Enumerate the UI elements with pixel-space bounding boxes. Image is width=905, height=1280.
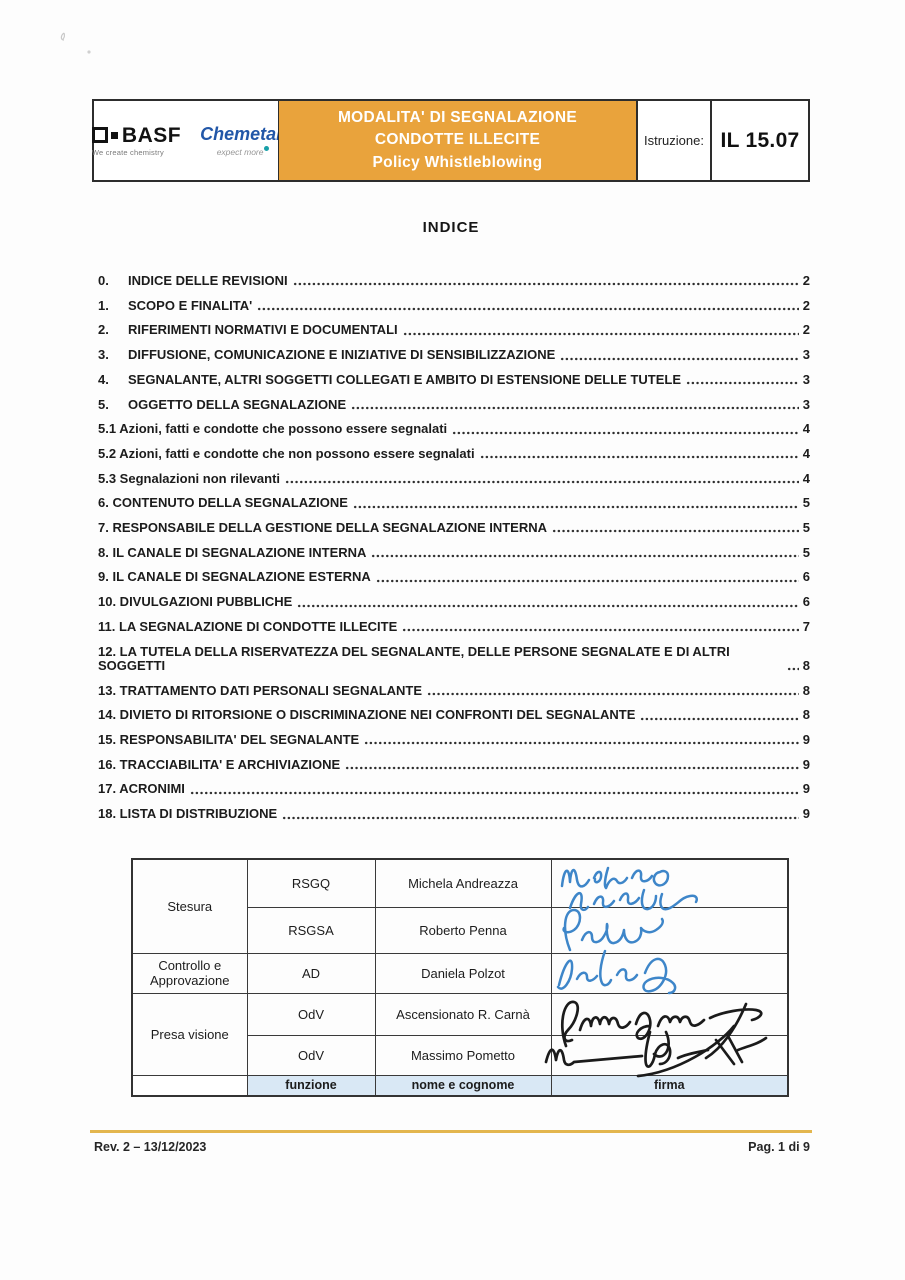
toc-entry-page: 2 <box>801 274 810 288</box>
nome-cell: Roberto Penna <box>375 907 551 953</box>
toc-entry: 5.2 Azioni, fatti e condotte che non pos… <box>98 447 810 461</box>
toc-entry-title: 18. LISTA DI DISTRIBUZIONE <box>98 807 277 821</box>
toc-entry-page: 2 <box>801 323 810 337</box>
basf-filled-square-icon <box>111 132 118 139</box>
basf-tagline: We create chemistry <box>92 148 164 157</box>
signature-cell <box>551 993 788 1035</box>
toc-entry-page: 9 <box>801 758 810 772</box>
toc-entry-page: 9 <box>801 782 810 796</box>
toc-entry: 3.DIFFUSIONE, COMUNICAZIONE E INIZIATIVE… <box>98 348 810 362</box>
toc-entry: 5.1 Azioni, fatti e condotte che possono… <box>98 422 810 436</box>
nome-cell: Michela Andreazza <box>375 859 551 907</box>
toc-entry-title: 9. IL CANALE DI SEGNALAZIONE ESTERNA <box>98 570 371 584</box>
table-of-contents: 0.INDICE DELLE REVISIONI2 1.SCOPO E FINA… <box>98 274 810 832</box>
toc-entry-page: 5 <box>801 496 810 510</box>
scanned-document-page: BASF We create chemistry Chemetall expec… <box>0 0 905 1280</box>
toc-entry-title: 5.1 Azioni, fatti e condotte che possono… <box>98 422 447 436</box>
toc-entry-number: 4. <box>98 373 128 387</box>
signature-cell <box>551 907 788 953</box>
revision-label: Rev. 2 – 13/12/2023 <box>94 1140 206 1154</box>
nome-cell: Massimo Pometto <box>375 1035 551 1075</box>
toc-leader-dots <box>640 716 799 722</box>
toc-entry-title: 14. DIVIETO DI RITORSIONE O DISCRIMINAZI… <box>98 708 635 722</box>
toc-entry: 14. DIVIETO DI RITORSIONE O DISCRIMINAZI… <box>98 708 810 722</box>
toc-leader-dots <box>480 454 799 460</box>
toc-leader-dots <box>282 815 799 821</box>
role-cell: Stesura <box>132 859 247 953</box>
toc-entry: 5.OGGETTO DELLA SEGNALAZIONE3 <box>98 398 810 412</box>
toc-leader-dots <box>427 691 799 697</box>
toc-entry: 4.SEGNALANTE, ALTRI SOGGETTI COLLEGATI E… <box>98 373 810 387</box>
toc-entry-number: 3. <box>98 348 128 362</box>
toc-leader-dots <box>345 765 799 771</box>
toc-entry-title: 5.3 Segnalazioni non rilevanti <box>98 472 280 486</box>
toc-entry: 11. LA SEGNALAZIONE DI CONDOTTE ILLECITE… <box>98 620 810 634</box>
toc-entry-page: 8 <box>801 659 810 673</box>
approval-signature-table: Stesura RSGQ Michela Andreazza RSGSA Rob… <box>131 858 789 1097</box>
toc-entry-title: SEGNALANTE, ALTRI SOGGETTI COLLEGATI E A… <box>128 373 681 387</box>
column-header-funzione: funzione <box>247 1075 375 1096</box>
toc-entry-page: 9 <box>801 807 810 821</box>
footer-divider-line <box>90 1130 812 1133</box>
toc-entry-page: 6 <box>801 570 810 584</box>
funzione-cell: OdV <box>247 1035 375 1075</box>
signature-cell <box>551 859 788 907</box>
toc-entry-title: RIFERIMENTI NORMATIVI E DOCUMENTALI <box>128 323 398 337</box>
toc-leader-dots <box>560 356 799 362</box>
document-header: BASF We create chemistry Chemetall expec… <box>92 99 810 182</box>
toc-entry-title: 5.2 Azioni, fatti e condotte che non pos… <box>98 447 475 461</box>
toc-entry-title: 15. RESPONSABILITA' DEL SEGNALANTE <box>98 733 359 747</box>
toc-entry-title: DIFFUSIONE, COMUNICAZIONE E INIZIATIVE D… <box>128 348 555 362</box>
toc-leader-dots <box>371 553 799 559</box>
toc-leader-dots <box>257 306 799 312</box>
basf-logo: BASF We create chemistry <box>92 125 181 157</box>
toc-entry-title: OGGETTO DELLA SEGNALAZIONE <box>128 398 346 412</box>
chemetall-logo: Chemetall expect more <box>200 125 286 157</box>
toc-entry-page: 4 <box>801 472 810 486</box>
toc-entry-number: 2. <box>98 323 128 337</box>
toc-leader-dots <box>402 627 799 633</box>
toc-entry: 1.SCOPO E FINALITA'2 <box>98 299 810 313</box>
toc-entry-page: 3 <box>801 398 810 412</box>
basf-outline-square-icon <box>92 127 108 143</box>
signature-cell <box>551 1035 788 1075</box>
document-title-line3: Policy Whistleblowing <box>373 152 543 174</box>
document-title-line1: MODALITA' DI SEGNALAZIONE <box>338 107 577 129</box>
toc-leader-dots <box>552 528 799 534</box>
toc-leader-dots <box>297 603 799 609</box>
toc-entry-page: 5 <box>801 521 810 535</box>
nome-cell: Ascensionato R. Carnà <box>375 993 551 1035</box>
toc-entry: 5.3 Segnalazioni non rilevanti4 <box>98 472 810 486</box>
toc-entry: 6. CONTENUTO DELLA SEGNALAZIONE5 <box>98 496 810 510</box>
funzione-cell: AD <box>247 953 375 993</box>
doc-type-label: Istruzione: <box>636 101 710 180</box>
toc-entry: 9. IL CANALE DI SEGNALAZIONE ESTERNA6 <box>98 570 810 584</box>
toc-leader-dots <box>285 479 799 485</box>
funzione-cell: OdV <box>247 993 375 1035</box>
toc-entry: 12. LA TUTELA DELLA RISERVATEZZA DEL SEG… <box>98 645 810 674</box>
toc-entry-page: 4 <box>801 447 810 461</box>
role-cell: Controllo e Approvazione <box>132 953 247 993</box>
column-header-firma: firma <box>551 1075 788 1096</box>
column-header-nome: nome e cognome <box>375 1075 551 1096</box>
toc-leader-dots <box>787 666 799 672</box>
chemetall-tagline: expect more <box>217 146 270 157</box>
toc-entry-title: 6. CONTENUTO DELLA SEGNALAZIONE <box>98 496 348 510</box>
basf-logo-text: BASF <box>122 125 181 146</box>
chemetall-globe-icon <box>264 146 269 151</box>
pencil-scan-mark <box>56 30 96 58</box>
toc-entry: 18. LISTA DI DISTRIBUZIONE9 <box>98 807 810 821</box>
document-title-line2: CONDOTTE ILLECITE <box>375 129 540 151</box>
toc-entry: 15. RESPONSABILITA' DEL SEGNALANTE9 <box>98 733 810 747</box>
toc-entry: 17. ACRONIMI9 <box>98 782 810 796</box>
empty-footer-cell <box>132 1075 247 1096</box>
toc-entry-page: 9 <box>801 733 810 747</box>
toc-entry-page: 8 <box>801 684 810 698</box>
toc-leader-dots <box>353 504 799 510</box>
toc-entry-number: 0. <box>98 274 128 288</box>
toc-entry: 13. TRATTAMENTO DATI PERSONALI SEGNALANT… <box>98 684 810 698</box>
signature-cell <box>551 953 788 993</box>
toc-entry-title: 7. RESPONSABILE DELLA GESTIONE DELLA SEG… <box>98 521 547 535</box>
toc-entry-title: 11. LA SEGNALAZIONE DI CONDOTTE ILLECITE <box>98 620 397 634</box>
toc-entry-page: 2 <box>801 299 810 313</box>
toc-entry-title: INDICE DELLE REVISIONI <box>128 274 288 288</box>
toc-entry: 2.RIFERIMENTI NORMATIVI E DOCUMENTALI2 <box>98 323 810 337</box>
toc-entry: 10. DIVULGAZIONI PUBBLICHE6 <box>98 595 810 609</box>
role-cell: Presa visione <box>132 993 247 1075</box>
toc-leader-dots <box>190 790 799 796</box>
toc-entry-title: SCOPO E FINALITA' <box>128 299 252 313</box>
toc-entry: 16. TRACCIABILITA' E ARCHIVIAZIONE9 <box>98 758 810 772</box>
toc-entry-title: 8. IL CANALE DI SEGNALAZIONE INTERNA <box>98 546 366 560</box>
toc-entry-number: 5. <box>98 398 128 412</box>
toc-entry-title: 12. LA TUTELA DELLA RISERVATEZZA DEL SEG… <box>98 645 782 674</box>
toc-entry-page: 4 <box>801 422 810 436</box>
toc-leader-dots <box>293 281 799 287</box>
toc-leader-dots <box>364 740 799 746</box>
toc-leader-dots <box>686 380 799 386</box>
page-number-label: Pag. 1 di 9 <box>748 1140 810 1154</box>
toc-entry-title: 16. TRACCIABILITA' E ARCHIVIAZIONE <box>98 758 340 772</box>
toc-entry: 0.INDICE DELLE REVISIONI2 <box>98 274 810 288</box>
toc-leader-dots <box>376 578 799 584</box>
toc-entry-page: 7 <box>801 620 810 634</box>
nome-cell: Daniela Polzot <box>375 953 551 993</box>
toc-entry-number: 1. <box>98 299 128 313</box>
chemetall-logo-text: Chemetall <box>200 125 286 143</box>
funzione-cell: RSGSA <box>247 907 375 953</box>
toc-entry: 8. IL CANALE DI SEGNALAZIONE INTERNA5 <box>98 546 810 560</box>
document-title-block: MODALITA' DI SEGNALAZIONE CONDOTTE ILLEC… <box>278 101 636 180</box>
toc-entry: 7. RESPONSABILE DELLA GESTIONE DELLA SEG… <box>98 521 810 535</box>
toc-entry-title: 17. ACRONIMI <box>98 782 185 796</box>
toc-entry-page: 5 <box>801 546 810 560</box>
doc-code: IL 15.07 <box>710 101 808 180</box>
logo-cell: BASF We create chemistry Chemetall expec… <box>94 101 278 180</box>
toc-entry-page: 3 <box>801 373 810 387</box>
toc-leader-dots <box>351 405 799 411</box>
toc-leader-dots <box>452 430 799 436</box>
toc-entry-title: 10. DIVULGAZIONI PUBBLICHE <box>98 595 292 609</box>
toc-entry-page: 6 <box>801 595 810 609</box>
toc-leader-dots <box>403 331 799 337</box>
funzione-cell: RSGQ <box>247 859 375 907</box>
page-footer: Rev. 2 – 13/12/2023 Pag. 1 di 9 <box>94 1140 810 1154</box>
toc-entry-page: 8 <box>801 708 810 722</box>
toc-entry-page: 3 <box>801 348 810 362</box>
toc-entry-title: 13. TRATTAMENTO DATI PERSONALI SEGNALANT… <box>98 684 422 698</box>
toc-heading: INDICE <box>92 219 810 236</box>
